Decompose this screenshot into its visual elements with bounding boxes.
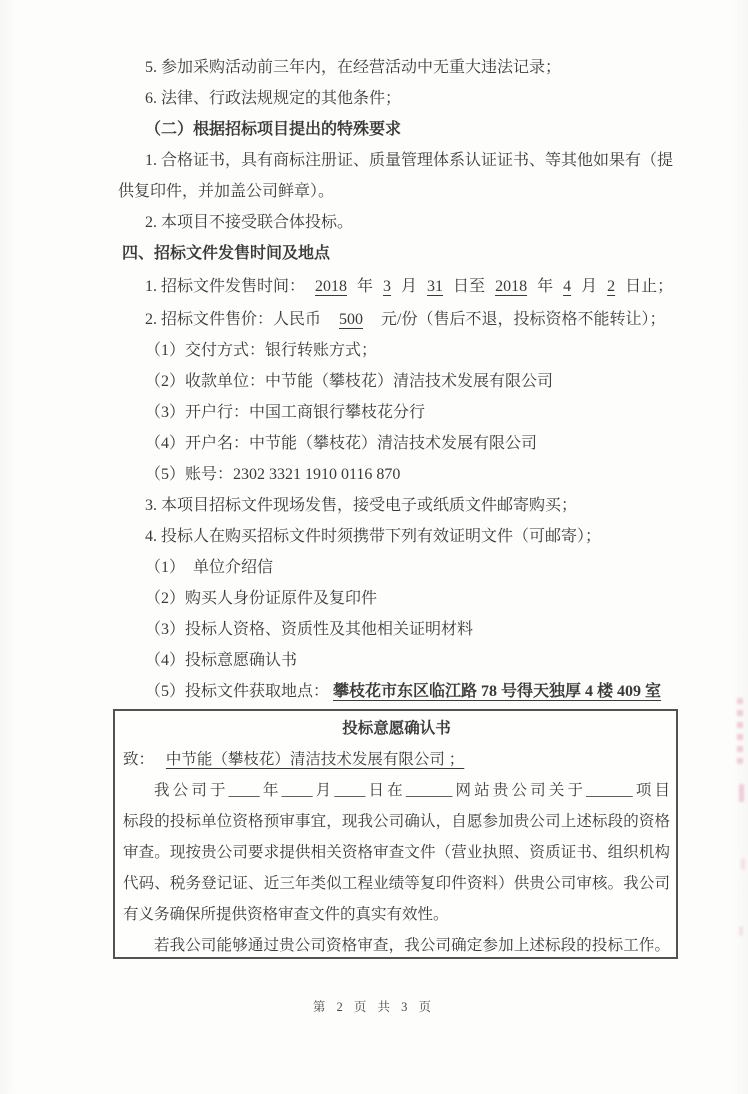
qualification-clause-6: 6. 法律、行政法规规定的其他条件；: [118, 83, 708, 114]
day-to-label: 日至: [453, 278, 485, 295]
required-doc-3: （3）投标人资格、资质性及其他相关证明材料: [118, 614, 708, 645]
month-unit-1: 月: [401, 278, 417, 295]
addressee-label: 致：: [123, 751, 154, 768]
pickup-location-address: 攀枝花市东区临江路 78 号得天独厚 4 楼 409 室: [333, 683, 661, 700]
special-requirement-2: 2. 本项目不接受联合体投标。: [118, 207, 708, 238]
section-4-heading: 四、招标文件发售时间及地点: [118, 238, 708, 269]
sale-end-month: 4: [557, 278, 577, 295]
scan-artifact-pink-1: [737, 698, 743, 764]
year-unit-2: 年: [537, 278, 553, 295]
price-line: 2. 招标文件售价：人民币 500 元/份（售后不退，投标资格不能转让）；: [118, 304, 708, 335]
sale-end-day: 2: [601, 278, 621, 295]
month-unit-2: 月: [581, 278, 597, 295]
scan-artifact-pink-2: [739, 784, 744, 802]
special-requirement-1-line2: 供复印件，并加盖公司鲜章）。: [118, 176, 708, 207]
required-documents-clause: 4. 投标人在购买招标文件时须携带下列有效证明文件（可邮寄）；: [118, 521, 708, 552]
confirmation-body-line5: 有义务确保所提供资格审查文件的真实有效性。: [123, 899, 670, 930]
confirmation-body-line4: 代码、税务登记证、近三年类似工程业绩等复印件资料）供贵公司审核。我公司: [123, 868, 670, 899]
sale-start-month: 3: [377, 278, 397, 295]
price-label: 2. 招标文件售价：人民币: [145, 311, 321, 328]
scanned-document-page: 5. 参加采购活动前三年内，在经营活动中无重大违法记录； 6. 法律、行政法规规…: [0, 0, 748, 1094]
delivery-method: （1）交付方式：银行转账方式；: [118, 335, 708, 366]
scan-artifact-pink-3: [741, 858, 745, 870]
sale-end-year: 2018: [489, 278, 533, 295]
year-unit-1: 年: [357, 278, 373, 295]
required-doc-5: （5）投标文件获取地点： 攀枝花市东区临江路 78 号得天独厚 4 楼 409 …: [118, 676, 708, 707]
bank-name: （3）开户行：中国工商银行攀枝花分行: [118, 397, 708, 428]
sale-start-year: 2018: [309, 278, 353, 295]
payee-unit: （2）收款单位：中节能（攀枝花）清洁技术发展有限公司: [118, 366, 708, 397]
confirmation-body-line2: 标段的投标单位资格预审事宜，现我公司确认，自愿参加贵公司上述标段的资格: [123, 806, 670, 837]
day-end-label: 日止；: [625, 278, 673, 295]
confirmation-body-line3: 审查。现按贵公司要求提供相关资格审查文件（营业执照、资质证书、组织机构: [123, 837, 670, 868]
price-suffix: 元/份（售后不退，投标资格不能转让）；: [381, 311, 665, 328]
confirmation-body-line1: 我公司于____年____月____日在______网站贵公司关于______项…: [123, 775, 670, 806]
confirmation-title: 投标意愿确认书: [123, 713, 670, 744]
pickup-location-label: （5）投标文件获取地点：: [145, 683, 329, 700]
price-amount: 500: [325, 311, 377, 328]
document-body: 5. 参加采购活动前三年内，在经营活动中无重大违法记录； 6. 法律、行政法规规…: [0, 0, 748, 707]
addressee-company: 中节能（攀枝花）清洁技术发展有限公司 ；: [158, 751, 474, 768]
sale-time-label: 1. 招标文件发售时间：: [145, 278, 305, 295]
sale-time-line: 1. 招标文件发售时间： 2018 年 3 月 31 日至 2018 年 4 月…: [118, 271, 708, 302]
required-doc-2: （2）购买人身份证原件及复印件: [118, 583, 708, 614]
special-requirements-heading: （二）根据招标项目提出的特殊要求: [118, 114, 708, 145]
sale-start-day: 31: [421, 278, 449, 295]
page-number: 第 2 页 共 3 页: [0, 992, 748, 1022]
addressee-line: 致： 中节能（攀枝花）清洁技术发展有限公司 ；: [123, 744, 670, 775]
account-number: （5）账号：2302 3321 1910 0116 870: [118, 459, 708, 490]
bid-confirmation-box: 投标意愿确认书 致： 中节能（攀枝花）清洁技术发展有限公司 ； 我公司于____…: [113, 709, 678, 959]
onsite-sale-clause: 3. 本项目招标文件现场发售，接受电子或纸质文件邮寄购买；: [118, 490, 708, 521]
required-doc-1: （1） 单位介绍信: [118, 552, 708, 583]
required-doc-4: （4）投标意愿确认书: [118, 645, 708, 676]
confirmation-closing-line: 若我公司能够通过贵公司资格审查，我公司确定参加上述标段的投标工作。: [123, 930, 670, 961]
special-requirement-1-line1: 1. 合格证书，具有商标注册证、质量管理体系认证证书、等其他如果有（提: [118, 145, 708, 176]
account-name: （4）开户名：中节能（攀枝花）清洁技术发展有限公司: [118, 428, 708, 459]
scan-artifact-pink-4: [739, 926, 743, 936]
qualification-clause-5: 5. 参加采购活动前三年内，在经营活动中无重大违法记录；: [118, 52, 708, 83]
